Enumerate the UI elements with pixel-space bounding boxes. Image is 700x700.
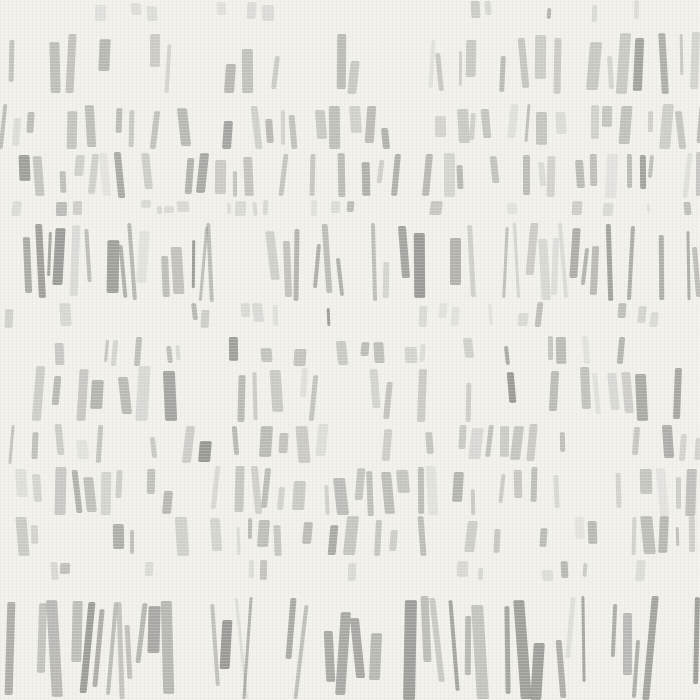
stroke-mark xyxy=(414,233,426,298)
stroke-mark xyxy=(658,33,669,94)
stroke-mark xyxy=(262,5,274,21)
stroke-mark xyxy=(15,469,28,497)
stroke-mark xyxy=(547,8,552,19)
stroke-mark xyxy=(450,307,460,326)
stroke-mark xyxy=(47,232,52,276)
stroke-mark xyxy=(150,437,158,458)
stroke-mark xyxy=(569,228,580,278)
stroke-mark xyxy=(429,598,445,682)
stroke-mark xyxy=(71,470,82,513)
stroke-mark xyxy=(324,485,330,515)
stroke-mark xyxy=(361,162,370,196)
stroke-mark xyxy=(116,108,123,133)
stroke-mark xyxy=(66,111,77,149)
stroke-mark xyxy=(241,303,250,317)
stroke-mark xyxy=(101,472,112,515)
rug-texture-image: Abstract rug / textile texture: off-whit… xyxy=(0,0,700,700)
stroke-mark xyxy=(485,1,492,15)
stroke-mark xyxy=(246,2,256,19)
stroke-mark xyxy=(647,204,651,212)
stroke-mark xyxy=(523,155,530,195)
stroke-mark xyxy=(526,223,539,275)
stroke-mark xyxy=(687,231,692,300)
stroke-mark xyxy=(115,470,122,498)
stroke-mark xyxy=(680,34,684,75)
stroke-mark xyxy=(279,154,289,196)
stroke-mark xyxy=(55,467,67,515)
stroke-mark xyxy=(4,309,13,328)
stroke-mark xyxy=(536,112,547,145)
stroke-mark xyxy=(164,206,174,213)
stroke-mark xyxy=(391,154,401,196)
stroke-mark xyxy=(556,112,567,134)
stroke-mark xyxy=(635,374,648,421)
stroke-mark xyxy=(176,201,189,212)
stroke-mark xyxy=(616,33,631,94)
stroke-mark xyxy=(228,337,237,361)
stroke-mark xyxy=(32,156,44,196)
stroke-mark xyxy=(133,337,142,366)
stroke-mark xyxy=(640,516,655,554)
stroke-mark xyxy=(466,383,472,422)
stroke-mark xyxy=(617,303,626,318)
stroke-mark xyxy=(129,110,135,147)
stroke-band xyxy=(0,152,700,198)
stroke-mark xyxy=(587,521,597,544)
stroke-mark xyxy=(206,223,214,302)
stroke-mark xyxy=(309,154,315,196)
stroke-mark xyxy=(354,468,364,500)
stroke-mark xyxy=(465,40,476,77)
stroke-mark xyxy=(90,380,104,409)
stroke-mark xyxy=(457,561,469,577)
stroke-mark xyxy=(164,44,171,93)
stroke-mark xyxy=(292,481,306,510)
stroke-mark xyxy=(55,424,65,455)
stroke-mark xyxy=(0,104,7,149)
stroke-mark xyxy=(602,106,612,127)
stroke-mark xyxy=(592,373,601,414)
stroke-mark xyxy=(282,241,291,297)
stroke-mark xyxy=(31,366,45,421)
stroke-mark xyxy=(335,612,351,695)
stroke-mark xyxy=(507,203,517,214)
stroke-mark xyxy=(572,201,583,215)
stroke-mark xyxy=(96,425,104,463)
stroke-mark xyxy=(383,262,390,298)
stroke-mark xyxy=(84,229,91,282)
stroke-mark xyxy=(18,155,30,181)
stroke-mark xyxy=(279,433,289,453)
stroke-mark xyxy=(350,618,365,678)
stroke-mark xyxy=(592,5,598,22)
stroke-mark xyxy=(575,517,584,539)
stroke-mark xyxy=(281,110,285,145)
stroke-mark xyxy=(602,203,613,216)
stroke-mark xyxy=(471,1,481,18)
stroke-mark xyxy=(526,424,537,461)
stroke-mark xyxy=(315,110,327,139)
stroke-mark xyxy=(248,518,252,539)
stroke-mark xyxy=(694,438,700,460)
stroke-mark xyxy=(462,338,473,358)
stroke-mark xyxy=(253,202,258,216)
stroke-mark xyxy=(458,425,466,449)
stroke-mark xyxy=(632,640,640,698)
stroke-mark xyxy=(60,171,67,193)
stroke-mark xyxy=(604,154,618,198)
stroke-mark xyxy=(457,109,469,143)
stroke-mark xyxy=(513,600,532,699)
stroke-mark xyxy=(85,105,96,147)
stroke-mark xyxy=(547,156,556,197)
stroke-mark xyxy=(166,346,173,363)
stroke-mark xyxy=(249,560,254,578)
stroke-mark xyxy=(582,563,587,577)
stroke-mark xyxy=(322,224,332,293)
stroke-mark xyxy=(175,517,189,556)
stroke-mark xyxy=(135,366,150,421)
stroke-mark xyxy=(55,343,65,365)
stroke-mark xyxy=(293,349,306,366)
stroke-band xyxy=(0,336,700,366)
stroke-mark xyxy=(177,108,192,146)
stroke-mark xyxy=(323,631,334,682)
stroke-mark xyxy=(60,563,70,574)
stroke-mark xyxy=(377,160,385,183)
stroke-mark xyxy=(499,56,505,92)
stroke-mark xyxy=(605,224,612,301)
stroke-mark xyxy=(557,223,568,298)
stroke-mark xyxy=(243,157,253,196)
stroke-mark xyxy=(35,224,46,298)
stroke-mark xyxy=(518,38,530,88)
stroke-mark xyxy=(335,341,347,365)
stroke-mark xyxy=(418,516,427,556)
stroke-mark xyxy=(286,598,297,659)
stroke-mark xyxy=(398,226,410,278)
stroke-mark xyxy=(648,111,654,132)
stroke-mark xyxy=(232,426,240,455)
stroke-mark xyxy=(210,604,220,686)
stroke-mark xyxy=(676,527,680,546)
stroke-mark xyxy=(659,516,670,553)
stroke-mark xyxy=(538,162,546,186)
stroke-band xyxy=(0,200,700,216)
stroke-mark xyxy=(634,0,640,19)
stroke-mark xyxy=(586,42,602,90)
stroke-mark xyxy=(642,596,659,700)
stroke-band xyxy=(0,516,700,556)
stroke-mark xyxy=(457,165,464,189)
stroke-mark xyxy=(631,517,636,555)
stroke-mark xyxy=(627,226,635,300)
stroke-mark xyxy=(444,153,455,197)
stroke-mark xyxy=(419,344,426,362)
stroke-mark xyxy=(261,468,271,508)
stroke-mark xyxy=(182,426,195,463)
stroke-mark xyxy=(490,156,500,183)
stroke-mark xyxy=(382,429,393,461)
stroke-mark xyxy=(541,570,553,581)
stroke-mark xyxy=(367,471,374,516)
stroke-mark xyxy=(269,370,283,412)
stroke-mark xyxy=(531,467,538,502)
stroke-mark xyxy=(74,155,85,176)
stroke-mark xyxy=(242,597,253,699)
stroke-mark xyxy=(127,223,137,300)
stroke-mark xyxy=(76,369,89,421)
stroke-mark xyxy=(434,116,445,137)
stroke-mark xyxy=(95,5,106,21)
stroke-mark xyxy=(539,239,552,300)
stroke-mark xyxy=(252,303,264,322)
stroke-mark xyxy=(300,368,308,397)
stroke-mark xyxy=(15,517,29,556)
stroke-mark xyxy=(328,525,339,555)
stroke-mark xyxy=(150,34,160,67)
stroke-mark xyxy=(556,337,567,364)
stroke-mark xyxy=(374,520,382,556)
stroke-mark xyxy=(130,3,142,15)
stroke-mark xyxy=(117,602,125,699)
stroke-mark xyxy=(395,470,409,493)
stroke-mark xyxy=(144,562,152,576)
stroke-mark xyxy=(549,371,560,411)
stroke-mark xyxy=(210,518,222,551)
stroke-mark xyxy=(403,600,416,700)
stroke-mark xyxy=(590,246,600,295)
stroke-mark xyxy=(191,240,195,288)
stroke-mark xyxy=(448,600,459,691)
stroke-mark xyxy=(311,200,317,216)
stroke-mark xyxy=(163,371,177,421)
stroke-mark xyxy=(383,382,393,419)
stroke-mark xyxy=(331,201,341,213)
stroke-mark xyxy=(161,256,169,297)
stroke-mark xyxy=(640,155,647,189)
stroke-mark xyxy=(92,609,104,687)
stroke-mark xyxy=(349,106,362,133)
stroke-mark xyxy=(637,306,646,323)
stroke-mark xyxy=(500,426,510,457)
stroke-mark xyxy=(655,468,668,516)
stroke-mark xyxy=(236,527,240,555)
stroke-mark xyxy=(607,373,620,410)
stroke-mark xyxy=(315,424,328,456)
stroke-mark xyxy=(507,104,519,138)
stroke-mark xyxy=(56,202,68,216)
stroke-mark xyxy=(327,308,331,326)
stroke-mark xyxy=(36,603,46,673)
stroke-mark xyxy=(635,560,645,581)
stroke-mark xyxy=(146,6,157,21)
stroke-mark xyxy=(271,56,280,89)
stroke-mark xyxy=(234,201,245,216)
stroke-mark xyxy=(198,441,212,462)
stroke-mark xyxy=(494,529,502,553)
stroke-mark xyxy=(535,302,544,327)
stroke-mark xyxy=(233,171,237,197)
stroke-mark xyxy=(435,53,443,91)
stroke-mark xyxy=(690,32,700,89)
stroke-mark xyxy=(489,304,494,325)
stroke-mark xyxy=(222,121,233,149)
stroke-mark xyxy=(338,153,346,197)
stroke-mark xyxy=(417,369,427,422)
stroke-mark xyxy=(263,200,268,215)
stroke-mark xyxy=(504,346,510,365)
stroke-mark xyxy=(348,563,357,581)
stroke-mark xyxy=(217,2,227,15)
stroke-mark xyxy=(343,516,359,555)
stroke-mark xyxy=(46,600,62,697)
stroke-mark xyxy=(149,111,160,149)
stroke-mark xyxy=(639,469,651,494)
stroke-band xyxy=(0,596,700,700)
stroke-mark xyxy=(589,154,596,186)
stroke-mark xyxy=(135,603,148,663)
stroke-mark xyxy=(686,469,698,516)
stroke-mark xyxy=(621,372,634,413)
stroke-mark xyxy=(31,432,39,459)
stroke-mark xyxy=(119,245,128,298)
stroke-mark xyxy=(200,310,209,328)
stroke-mark xyxy=(607,56,614,89)
stroke-mark xyxy=(227,203,231,214)
stroke-mark xyxy=(118,377,133,414)
stroke-mark xyxy=(32,474,42,502)
stroke-mark xyxy=(60,303,72,326)
stroke-band xyxy=(0,104,700,150)
stroke-band xyxy=(0,32,700,94)
stroke-mark xyxy=(23,237,32,293)
stroke-mark xyxy=(513,223,521,298)
stroke-mark xyxy=(220,620,233,669)
stroke-mark xyxy=(468,428,483,459)
stroke-mark xyxy=(176,345,181,360)
stroke-mark xyxy=(507,372,517,403)
stroke-mark xyxy=(381,128,390,149)
stroke-mark xyxy=(459,51,462,86)
stroke-mark xyxy=(560,432,565,452)
stroke-mark xyxy=(623,613,632,675)
stroke-mark xyxy=(265,231,280,280)
stroke-mark xyxy=(688,516,694,552)
stroke-mark xyxy=(106,240,118,293)
stroke-mark xyxy=(210,466,220,509)
stroke-mark xyxy=(337,34,346,89)
stroke-mark xyxy=(50,562,58,580)
stroke-mark xyxy=(277,487,285,510)
stroke-mark xyxy=(464,521,478,552)
stroke-mark xyxy=(11,201,22,216)
stroke-mark xyxy=(261,348,273,362)
stroke-mark xyxy=(428,40,435,88)
stroke-mark xyxy=(224,64,236,93)
stroke-mark xyxy=(471,489,476,515)
stroke-mark xyxy=(561,561,568,578)
stroke-mark xyxy=(313,244,321,288)
stroke-mark xyxy=(693,597,700,684)
stroke-mark xyxy=(329,106,341,149)
stroke-mark xyxy=(659,104,673,149)
stroke-mark xyxy=(99,153,111,196)
stroke-mark xyxy=(633,38,645,91)
stroke-mark xyxy=(692,247,700,297)
stroke-mark xyxy=(76,440,89,459)
stroke-band xyxy=(0,0,700,22)
stroke-mark xyxy=(141,153,152,189)
stroke-mark xyxy=(136,231,149,283)
stroke-mark xyxy=(675,111,687,149)
stroke-mark xyxy=(253,372,258,420)
stroke-mark xyxy=(147,606,160,653)
stroke-mark xyxy=(370,369,381,408)
stroke-mark xyxy=(389,530,398,551)
stroke-band xyxy=(0,424,700,464)
stroke-mark xyxy=(114,152,125,198)
stroke-mark xyxy=(272,305,278,326)
stroke-mark xyxy=(465,616,471,675)
stroke-mark xyxy=(8,40,14,82)
stroke-mark xyxy=(481,109,492,138)
stroke-mark xyxy=(125,625,133,679)
stroke-mark xyxy=(426,466,439,515)
stroke-mark xyxy=(184,158,194,194)
stroke-mark xyxy=(369,633,383,680)
stroke-mark xyxy=(471,605,489,699)
stroke-mark xyxy=(510,426,524,460)
stroke-mark xyxy=(294,605,309,699)
stroke-mark xyxy=(535,35,546,79)
stroke-mark xyxy=(548,336,553,360)
stroke-mark xyxy=(234,466,244,512)
stroke-mark xyxy=(582,596,587,682)
stroke-mark xyxy=(618,106,632,144)
stroke-band xyxy=(0,466,700,516)
stroke-mark xyxy=(696,152,700,196)
stroke-mark xyxy=(113,524,124,549)
stroke-mark xyxy=(673,368,682,419)
stroke-mark xyxy=(273,525,281,556)
stroke-band xyxy=(0,302,700,328)
stroke-mark xyxy=(364,106,376,143)
stroke-mark xyxy=(215,160,227,194)
stroke-mark xyxy=(404,347,417,363)
stroke-mark xyxy=(27,112,36,133)
stroke-mark xyxy=(467,225,476,297)
stroke-mark xyxy=(551,238,560,295)
stroke-mark xyxy=(73,201,83,215)
stroke-mark xyxy=(659,235,664,300)
stroke-mark xyxy=(575,160,585,188)
stroke-mark xyxy=(676,477,681,509)
stroke-mark xyxy=(450,238,462,285)
stroke-band xyxy=(0,366,700,422)
stroke-mark xyxy=(65,34,76,93)
stroke-mark xyxy=(503,227,510,298)
stroke-mark xyxy=(556,640,566,698)
stroke-mark xyxy=(347,61,360,94)
stroke-mark xyxy=(336,258,344,296)
stroke-mark xyxy=(649,312,659,327)
stroke-mark xyxy=(499,474,506,503)
stroke-mark xyxy=(4,602,15,695)
stroke-mark xyxy=(425,432,433,454)
stroke-mark xyxy=(684,202,692,215)
stroke-mark xyxy=(53,228,66,285)
